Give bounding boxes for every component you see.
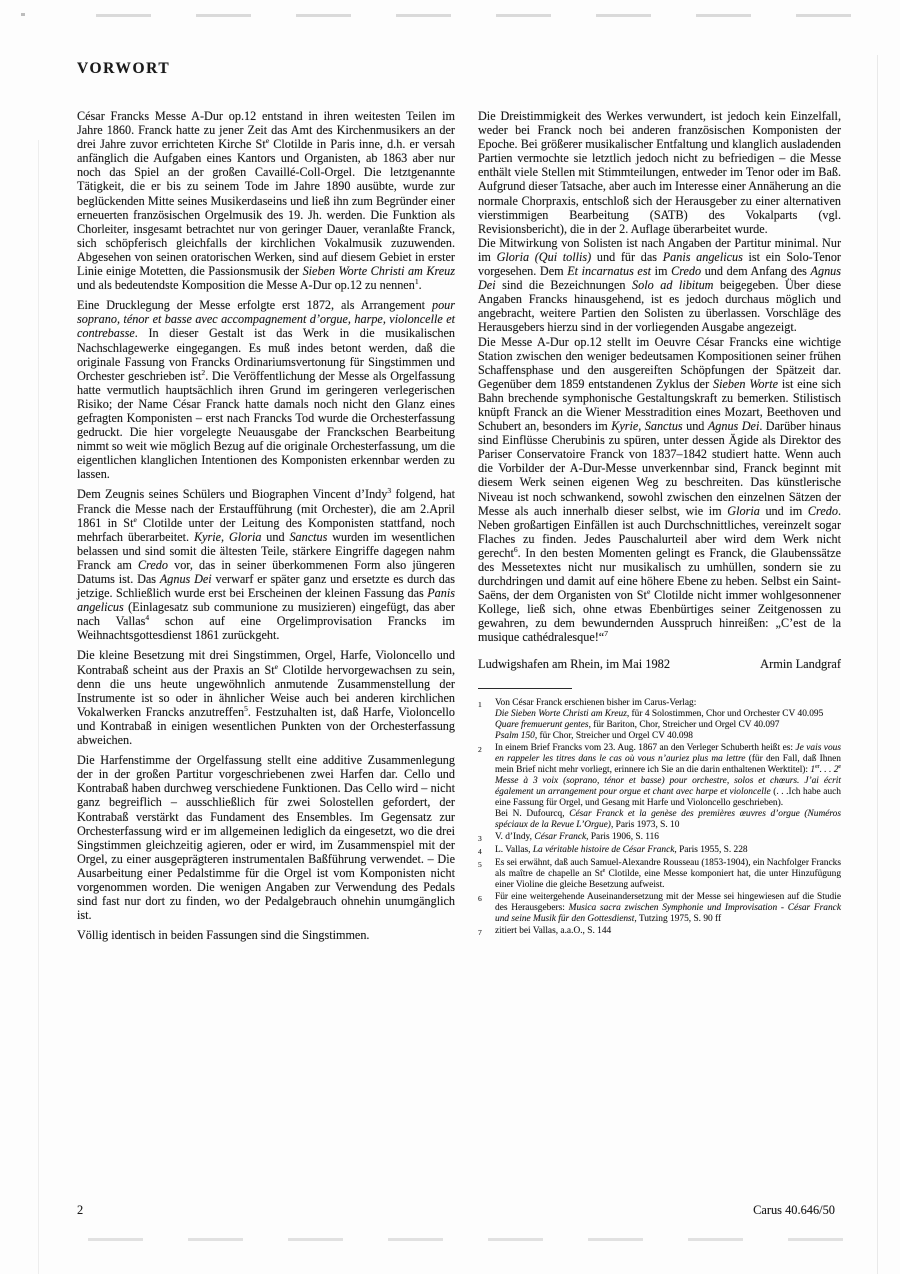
paragraph: Eine Drucklegung der Messe erfolgte erst…	[77, 298, 455, 481]
text-columns: César Francks Messe A-Dur op.12 entstand…	[77, 109, 841, 948]
footnote-number: 6	[478, 892, 495, 925]
signature-author: Armin Landgraf	[760, 657, 841, 671]
signature-line: Ludwigshafen am Rhein, im Mai 1982 Armin…	[478, 657, 841, 671]
footnote-number: 5	[478, 858, 495, 891]
page-footer: 2 Carus 40.646/50	[77, 1203, 835, 1218]
page-content: VORWORT César Francks Messe A-Dur op.12 …	[77, 60, 841, 948]
scan-edge-left	[38, 140, 39, 1274]
right-column-paragraphs: Die Dreistimmigkeit des Werkes verwunder…	[478, 109, 841, 645]
footnote: 5Es sei erwähnt, daß auch Samuel-Alexand…	[478, 858, 841, 891]
paragraph: Die kleine Besetzung mit drei Singstimme…	[77, 648, 455, 747]
footnote: 7zitiert bei Vallas, a.a.O., S. 144	[478, 926, 841, 938]
paragraph: Dem Zeugnis seines Schülers und Biograph…	[77, 487, 455, 642]
footnote-number: 2	[478, 743, 495, 831]
page-number: 2	[77, 1203, 83, 1218]
footnote-text: Es sei erwähnt, daß auch Samuel-Alexandr…	[495, 858, 841, 891]
footnote-number: 3	[478, 832, 495, 844]
paragraph: Die Mitwirkung von Solisten ist nach Ang…	[478, 236, 841, 335]
paragraph: Die Messe A-Dur op.12 stellt im Oeuvre C…	[478, 335, 841, 645]
footnote-text: In einem Brief Francks vom 23. Aug. 1867…	[495, 743, 841, 831]
paragraph: Völlig identisch in beiden Fassungen sin…	[77, 928, 455, 942]
scan-speck	[21, 13, 25, 16]
footnote-number: 7	[478, 926, 495, 938]
footnotes-section: 1Von César Franck erschienen bisher im C…	[478, 698, 841, 938]
footnote-text: Für eine weitergehende Auseinandersetzun…	[495, 892, 841, 925]
footnote: 3V. d’Indy, César Franck, Paris 1906, S.…	[478, 832, 841, 844]
document-page: VORWORT César Francks Messe A-Dur op.12 …	[0, 0, 900, 1274]
scan-marks-top	[96, 14, 886, 17]
footnote-text: zitiert bei Vallas, a.a.O., S. 144	[495, 926, 841, 938]
page-title: VORWORT	[77, 60, 841, 78]
scan-edge-right	[877, 55, 878, 1274]
scan-marks-bottom	[88, 1238, 863, 1241]
paragraph: Die Dreistimmigkeit des Werkes verwunder…	[478, 109, 841, 236]
column-right: Die Dreistimmigkeit des Werkes verwunder…	[478, 109, 841, 948]
paragraph: Die Harfenstimme der Orgelfassung stellt…	[77, 753, 455, 922]
footnote-number: 1	[478, 698, 495, 742]
column-left: César Francks Messe A-Dur op.12 entstand…	[77, 109, 455, 948]
footnote-rule	[478, 688, 572, 689]
footnote-text: L. Vallas, La véritable histoire de Césa…	[495, 845, 841, 857]
footnote: 6Für eine weitergehende Auseinandersetzu…	[478, 892, 841, 925]
footnote: 1Von César Franck erschienen bisher im C…	[478, 698, 841, 742]
footnote: 4L. Vallas, La véritable histoire de Cés…	[478, 845, 841, 857]
footnote-number: 4	[478, 845, 495, 857]
paragraph: César Francks Messe A-Dur op.12 entstand…	[77, 109, 455, 292]
footnote-text: V. d’Indy, César Franck, Paris 1906, S. …	[495, 832, 841, 844]
catalog-number: Carus 40.646/50	[753, 1203, 835, 1218]
signature-place-date: Ludwigshafen am Rhein, im Mai 1982	[478, 657, 670, 671]
footnote: 2In einem Brief Francks vom 23. Aug. 186…	[478, 743, 841, 831]
footnote-text: Von César Franck erschienen bisher im Ca…	[495, 698, 841, 742]
